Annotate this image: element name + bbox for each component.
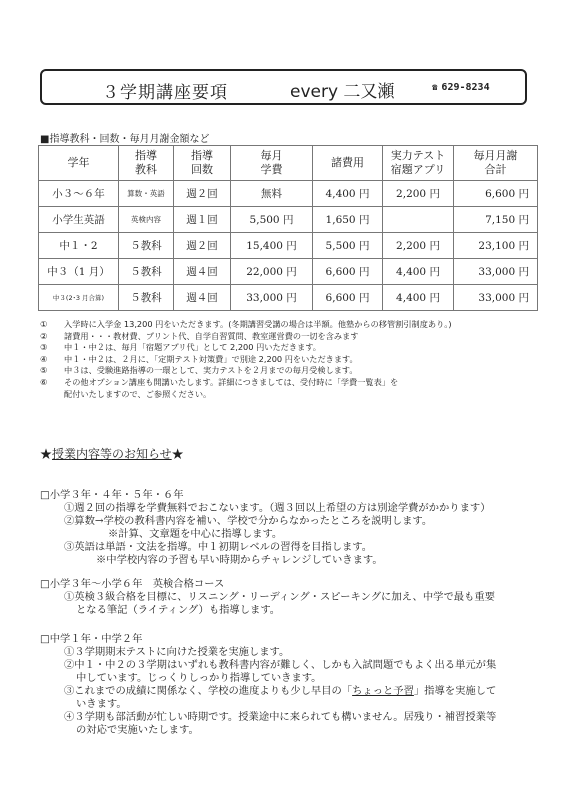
block-line: となる筆記（ライティング）も指導します。 [40,604,495,617]
star-icon: ★ [40,447,52,461]
note-item: ②諸費用・・・教材費、プリント代、自学自習質問、教室運営費の一切を含みます [40,331,452,343]
cell-test-app: 4,400 円 [383,259,454,285]
cell-subjects: 算数・英語 [119,181,174,207]
cell-frequency: 週４回 [174,285,231,311]
note-item: ③中１・中２は、毎月「宿題アプリ代」として 2,200 円いただきます。 [40,342,452,354]
cell-frequency: 週２回 [174,181,231,207]
brand-name: every 二又瀬 [290,77,394,102]
note-continuation: 配付いたしますので、ご参照ください。 [40,389,452,401]
table-row: 中１・2 ５教科 週２回 15,400 円 5,500 円 2,200 円 23… [39,233,538,259]
cell-grade: 小学生英語 [39,207,119,233]
fee-table: 学年 指導教科 指導回数 毎月学費 諸費用 実力テスト宿題アプリ 毎月月謝合計 … [38,145,538,311]
note-item: ④中１・中２は、２月に、「定期テスト対策費」で別途 2,200 円をいただきます… [40,354,452,366]
section-title-text: 授業内容等のお知らせ [52,447,172,461]
cell-total: 6,600 円 [454,181,538,207]
table-row: 小学生英語 英検内容 週１回 5,500 円 1,650 円 7,150 円 [39,207,538,233]
cell-subjects: ５教科 [119,259,174,285]
cell-misc: 1,650 円 [313,207,383,233]
cell-misc: 6,600 円 [313,285,383,311]
cell-tuition: 無料 [231,181,313,207]
cell-grade: 中３（1 月） [39,259,119,285]
notes-list: ①入学時に入学金 13,200 円をいただきます。(冬期講習受講の場合は半額。他… [40,319,452,400]
cell-misc: 4,400 円 [313,181,383,207]
note-item: ①入学時に入学金 13,200 円をいただきます。(冬期講習受講の場合は半額。他… [40,319,452,331]
cell-subjects: 英検内容 [119,207,174,233]
title-box: ３学期講座要項 every 二又瀬 ☎629-8234 [40,69,527,105]
cell-grade: 中３(2･3 月合算) [39,285,119,311]
block-line: ①３学期期末テストに向けた授業を実施します。 [40,646,496,659]
block-line: ※中学校内容の予習も早い時期からチャレンジしていきます。 [40,554,491,567]
table-row: 中３（1 月） ５教科 週４回 22,000 円 6,600 円 4,400 円… [39,259,538,285]
block-line: ①週２回の指導を学費無料でおこないます。（週３回以上希望の方は別途学費がかかりま… [40,502,491,515]
block-line: ※計算、文章題を中心に指導します。 [40,528,491,541]
block-line: ①英検３級合格を目標に、リスニング・リーディング・スピーキングに加え、中学で最も… [40,591,495,604]
section-title: ★授業内容等のお知らせ★ [40,445,184,462]
cell-test-app: 2,200 円 [383,233,454,259]
phone-number: ☎629-8234 [432,82,490,93]
course-block-eiken: □小学３年〜小学６年 英検合格コース ①英検３級合格を目標に、リスニング・リーデ… [40,578,495,617]
block-line: ③英語は単語・文法を指導。中１初期レベルの習得を目指します。 [40,541,491,554]
table-header-row: 学年 指導教科 指導回数 毎月学費 諸費用 実力テスト宿題アプリ 毎月月謝合計 [39,146,538,181]
cell-test-app: 4,400 円 [383,285,454,311]
cell-tuition: 5,500 円 [231,207,313,233]
phone-icon: ☎ [432,83,437,93]
cell-total: 7,150 円 [454,207,538,233]
cell-frequency: 週４回 [174,259,231,285]
phone-text: 629-8234 [441,82,489,93]
cell-misc: 6,600 円 [313,259,383,285]
block-heading: □小学３年〜小学６年 英検合格コース [40,578,495,591]
col-header-monthly-total: 毎月月謝合計 [454,146,538,181]
cell-test-app: 2,200 円 [383,181,454,207]
star-icon: ★ [172,447,184,461]
cell-grade: 中１・2 [39,233,119,259]
table-row: 中３(2･3 月合算) ５教科 週４回 33,000 円 6,600 円 4,4… [39,285,538,311]
course-block-elementary: □小学３年・４年・５年・６年 ①週２回の指導を学費無料でおこないます。（週３回以… [40,489,491,567]
cell-tuition: 15,400 円 [231,233,313,259]
block-line: ④３学期も部活動が忙しい時期です。授業途中に来られても構いません。居残り・補習授… [40,711,496,724]
col-header-monthly-tuition: 毎月学費 [231,146,313,181]
block-heading: □中学１年・中学２年 [40,633,496,646]
cell-tuition: 22,000 円 [231,259,313,285]
block-heading: □小学３年・４年・５年・６年 [40,489,491,502]
block-line: ②中１・中２の３学期はいずれも教科書内容が難しく、しかも入試問題でもよく出る単元… [40,659,496,672]
cell-total: 33,000 円 [454,259,538,285]
block-line: 中しています。じっくりしっかり指導していきます。 [40,672,496,685]
cell-frequency: 週２回 [174,233,231,259]
col-header-test-app: 実力テスト宿題アプリ [383,146,454,181]
cell-frequency: 週１回 [174,207,231,233]
block-line: ③これまでの成績に関係なく、学校の進度よりも少し早目の「ちょっと予習」指導を実施… [40,685,496,698]
col-header-frequency: 指導回数 [174,146,231,181]
cell-subjects: ５教科 [119,285,174,311]
cell-misc: 5,500 円 [313,233,383,259]
cell-subjects: ５教科 [119,233,174,259]
col-header-grade: 学年 [39,146,119,181]
cell-test-app [383,207,454,233]
course-block-junior-high: □中学１年・中学２年 ①３学期期末テストに向けた授業を実施します。 ②中１・中２… [40,633,496,737]
cell-total: 33,000 円 [454,285,538,311]
block-line: の対応で実施いたします。 [40,724,496,737]
col-header-subjects: 指導教科 [119,146,174,181]
table-row: 小３〜６年 算数・英語 週２回 無料 4,400 円 2,200 円 6,600… [39,181,538,207]
table-caption: ■指導教科・回数・毎月月謝金額など [40,130,209,145]
block-line: ②算数→学校の教科書内容を補い、学校で分からなかったところを説明します。 [40,515,491,528]
block-line: いきます。 [40,698,496,711]
cell-tuition: 33,000 円 [231,285,313,311]
note-item: ⑤中３は、受験進路指導の一環として、実力テストを２月までの毎月受検します。 [40,365,452,377]
cell-total: 23,100 円 [454,233,538,259]
note-item: ⑥その他オプション講座も開講いたします。詳細につきましては、受付時に「学費一覧表… [40,377,452,389]
col-header-misc-fees: 諸費用 [313,146,383,181]
preview-highlight: ちょっと予習 [352,685,414,697]
cell-grade: 小３〜６年 [39,181,119,207]
page-title: ３学期講座要項 [102,78,228,103]
